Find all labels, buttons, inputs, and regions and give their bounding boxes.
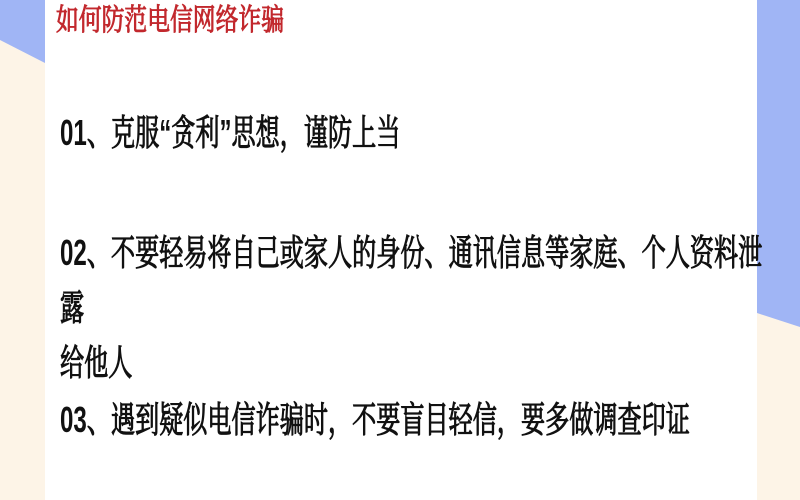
poster: 如何防范电信网络诈骗 01、克服“贪利”思想，谨防上当 02、不要轻易将自己或家… [0, 0, 800, 500]
left-stripe [0, 0, 45, 500]
tip-item-01: 01、克服“贪利”思想，谨防上当 [60, 105, 784, 160]
left-stripe-blue-cap [0, 0, 45, 70]
tip-item-02: 02、不要轻易将自己或家人的身份、通讯信息等家庭、个人资料泄露 给他人 [60, 225, 784, 390]
poster-title: 如何防范电信网络诈骗 [56, 3, 284, 39]
tip-item-03: 03、遇到疑似电信诈骗时，不要盲目轻信，要多做调查印证 [60, 392, 784, 447]
